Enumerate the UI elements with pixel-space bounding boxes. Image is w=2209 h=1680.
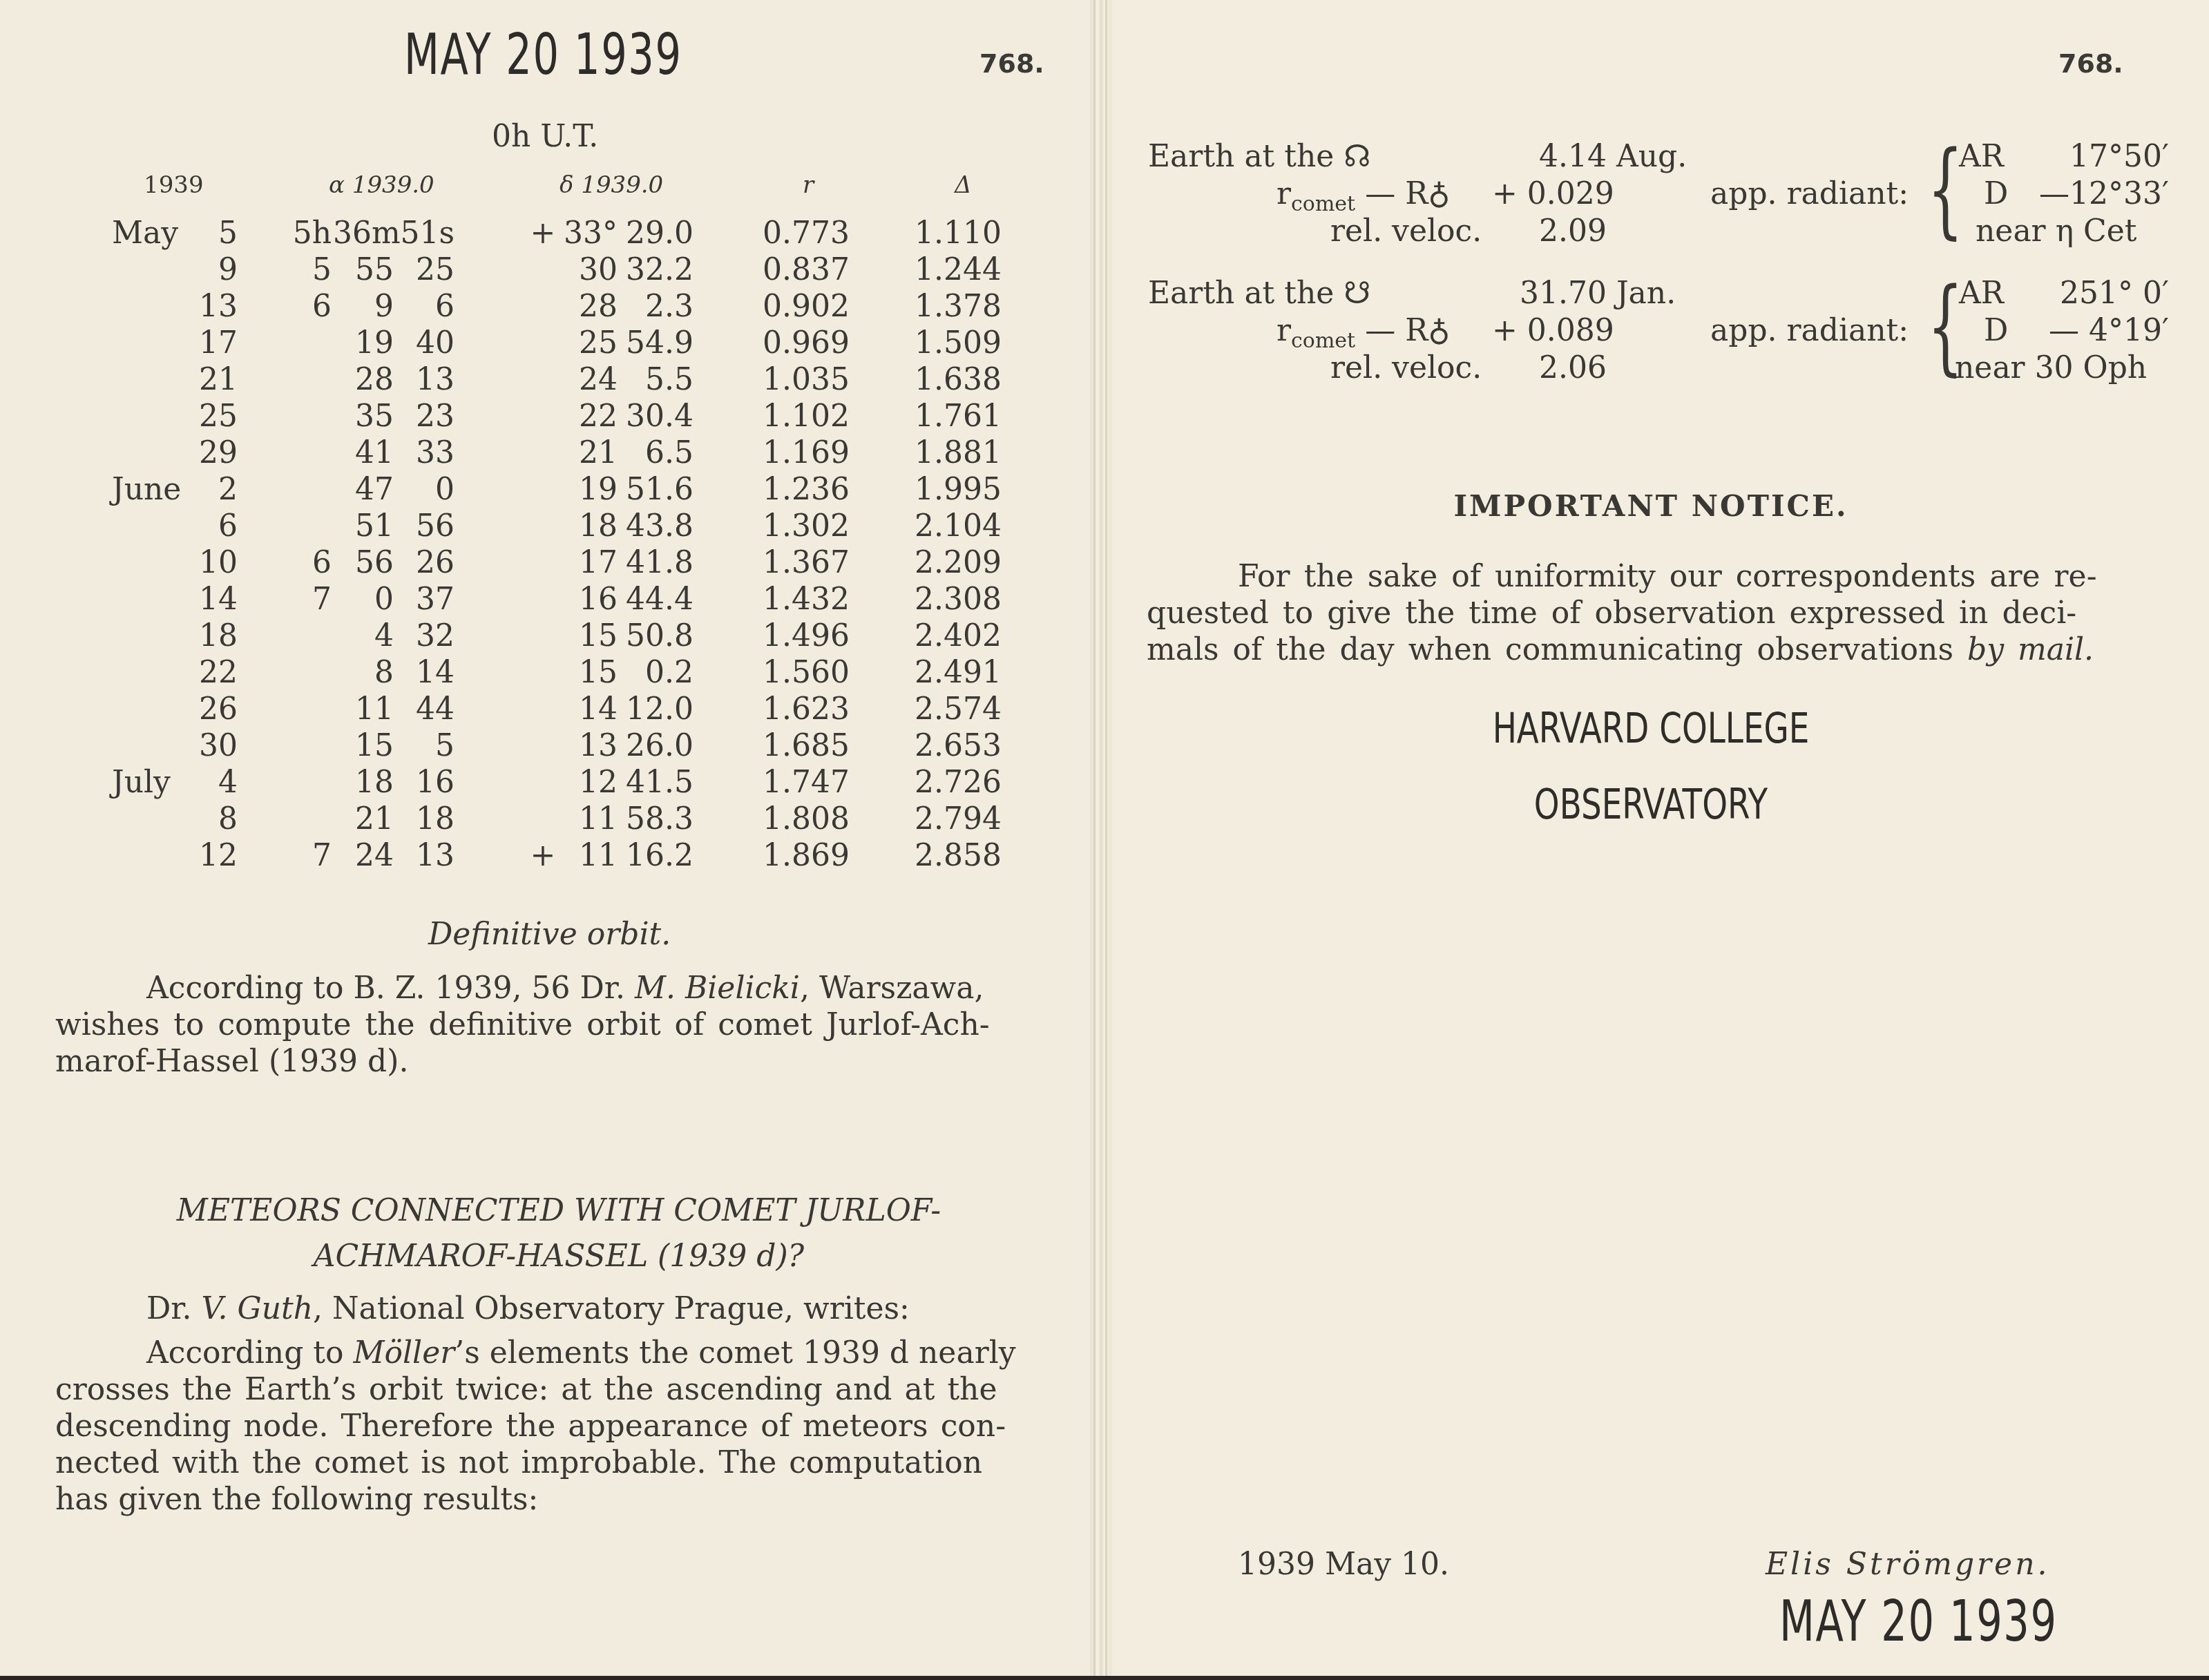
ra-minutes: 21: [333, 801, 394, 837]
column-header-delta: Δ: [955, 171, 972, 199]
ra-seconds: 14: [394, 655, 455, 690]
definitive-orbit-heading: Definitive orbit.: [428, 916, 671, 953]
ra-seconds: 13: [394, 362, 455, 397]
sun-distance: 1.035: [760, 362, 850, 397]
dec-minutes: 30.4: [618, 399, 694, 434]
ra-minutes: 56: [333, 545, 394, 580]
ra-hours: 6: [290, 289, 332, 324]
row-day: 18: [187, 618, 238, 653]
earth-distance: 2.574: [912, 691, 1002, 727]
radiant-label: app. radiant:: [1710, 175, 1909, 212]
dec-minutes: 29.0: [618, 216, 694, 251]
dec-minutes: 5.5: [618, 362, 694, 397]
paragraph-line: marof-Hassel (1939 d).: [55, 1043, 1060, 1080]
ra-minutes: 9: [333, 289, 394, 324]
dec-degrees: 13: [561, 728, 618, 763]
row-month: May: [112, 216, 178, 251]
column-header-ra: α 1939.0: [329, 171, 434, 199]
column-header-r: r: [803, 171, 814, 199]
row-day: 12: [187, 838, 238, 873]
radiant-near: near η Cet: [1976, 213, 2136, 249]
ra-minutes: 0: [333, 582, 394, 617]
earth-distance: 2.402: [912, 618, 1002, 653]
ra-minutes: 41: [333, 435, 394, 470]
dec-degrees: 30: [561, 252, 618, 287]
dec-minutes: 16.2: [618, 838, 694, 873]
dec-sign: +: [525, 216, 561, 251]
radiant-ar-label: AR: [1959, 138, 2004, 175]
row-day: 22: [187, 655, 238, 690]
radiant-ar-value: 251° 0′: [2045, 275, 2169, 312]
radiant-ar-label: AR: [1959, 275, 2004, 312]
ra-minutes: 55: [333, 252, 394, 287]
issue-date: 1939 May 10.: [1238, 1546, 1449, 1583]
dec-minutes: 41.5: [618, 765, 694, 800]
earth-distance: 1.378: [912, 289, 1002, 324]
ra-seconds: 25: [394, 252, 455, 287]
library-stamp-line2: OBSERVATORY: [1231, 781, 2072, 829]
ra-minutes: 19: [333, 325, 394, 361]
ra-seconds: 26: [394, 545, 455, 580]
ra-seconds: 23: [394, 399, 455, 434]
ra-minutes: 18: [333, 765, 394, 800]
brace-icon: {: [1927, 138, 1963, 242]
earth-distance: 2.726: [912, 765, 1002, 800]
row-day: 5: [187, 216, 238, 251]
paragraph-line: crosses the Earth’s orbit twice: at the …: [55, 1371, 1060, 1408]
author-name: M. Bielicki: [635, 971, 800, 1006]
dec-degrees: 15: [561, 655, 618, 690]
book-gutter: [1090, 0, 1112, 1680]
ra-seconds: 33: [394, 435, 455, 470]
earth-distance: 2.491: [912, 655, 1002, 690]
ra-seconds: 37: [394, 582, 455, 617]
sun-distance: 1.808: [760, 801, 850, 837]
ascending-node-symbol: ☊: [1343, 139, 1370, 174]
earth-distance: 1.881: [912, 435, 1002, 470]
sun-distance: 1.236: [760, 472, 850, 507]
paragraph-line: According to Möller’s elements the comet…: [55, 1335, 1060, 1371]
sun-distance: 1.432: [760, 582, 850, 617]
dec-degrees: 17: [561, 545, 618, 580]
r-difference-value: + 0.029: [1492, 175, 1614, 212]
dec-minutes: 51.6: [618, 472, 694, 507]
ra-seconds: 0: [394, 472, 455, 507]
ra-seconds: 56: [394, 508, 455, 544]
dec-degrees: 14: [561, 691, 618, 727]
paragraph-line: For the sake of uniformity our correspon…: [1147, 558, 2155, 595]
right-page: [1112, 0, 2209, 1680]
node-label: Earth at the ☋: [1148, 275, 1370, 312]
radiant-label: app. radiant:: [1710, 312, 1909, 349]
radiant-d-label: D: [1984, 175, 2008, 212]
sun-distance: 0.902: [760, 289, 850, 324]
earth-distance: 2.308: [912, 582, 1002, 617]
dec-minutes: 54.9: [618, 325, 694, 361]
dec-minutes: 50.8: [618, 618, 694, 653]
earth-distance: 2.104: [912, 508, 1002, 544]
paragraph-line: nected with the comet is not improbable.…: [55, 1444, 1060, 1481]
descending-node-symbol: ☋: [1343, 276, 1370, 311]
dec-degrees: 11: [561, 838, 618, 873]
dec-degrees: 15: [561, 618, 618, 653]
row-day: 14: [187, 582, 238, 617]
earth-distance: 1.509: [912, 325, 1002, 361]
velocity-label: rel. veloc.: [1330, 350, 1482, 386]
dec-minutes: 12.0: [618, 691, 694, 727]
ra-minutes: 28: [333, 362, 394, 397]
dec-degrees: 22: [561, 399, 618, 434]
page-number: 768.: [2058, 48, 2123, 79]
node-label: Earth at the ☊: [1148, 138, 1370, 175]
column-header-dec: δ 1939.0: [560, 171, 663, 199]
sun-distance: 0.837: [760, 252, 850, 287]
row-day: 4: [187, 765, 238, 800]
dec-minutes: 26.0: [618, 728, 694, 763]
ra-seconds: 40: [394, 325, 455, 361]
row-day: 10: [187, 545, 238, 580]
radiant-d-value: — 4°19′: [2024, 312, 2169, 349]
row-day: 9: [187, 252, 238, 287]
dec-degrees: 25: [561, 325, 618, 361]
radiant-near: near 30 Oph: [1955, 350, 2147, 386]
row-day: 30: [187, 728, 238, 763]
ra-hours: 5h: [290, 216, 332, 251]
ra-minutes: 8: [333, 655, 394, 690]
ra-seconds: 13: [394, 838, 455, 873]
paragraph-line: has given the following results:: [55, 1481, 1060, 1518]
sun-distance: 1.747: [760, 765, 850, 800]
column-header-year: 1939: [144, 171, 204, 199]
velocity-value: 2.06: [1539, 350, 1607, 386]
dec-minutes: 43.8: [618, 508, 694, 544]
sun-distance: 1.102: [760, 399, 850, 434]
ra-minutes: 15: [333, 728, 394, 763]
meteors-heading: METEORS CONNECTED WITH COMET JURLOF- ACH…: [0, 1188, 1118, 1279]
dec-degrees: 18: [561, 508, 618, 544]
sun-distance: 1.869: [760, 838, 850, 873]
row-day: 2: [187, 472, 238, 507]
dec-degrees: 12: [561, 765, 618, 800]
r-difference-value: + 0.089: [1492, 312, 1614, 349]
page-number: 768.: [979, 48, 1044, 79]
row-month: July: [112, 765, 171, 800]
row-day: 6: [187, 508, 238, 544]
row-day: 29: [187, 435, 238, 470]
author-name: V. Guth: [201, 1291, 313, 1326]
earth-distance: 2.858: [912, 838, 1002, 873]
radiant-d-label: D: [1984, 312, 2008, 349]
ra-seconds: 16: [394, 765, 455, 800]
dec-degrees: 11: [561, 801, 618, 837]
ra-seconds: 6: [394, 289, 455, 324]
earth-distance: 1.995: [912, 472, 1002, 507]
page-bottom-edge: [0, 1676, 2209, 1680]
earth-distance: 1.244: [912, 252, 1002, 287]
row-day: 13: [187, 289, 238, 324]
ra-hours: 7: [290, 838, 332, 873]
row-day: 17: [187, 325, 238, 361]
meteors-byline: Dr. V. Guth, National Observatory Prague…: [146, 1290, 910, 1327]
dec-degrees: 21: [561, 435, 618, 470]
row-day: 25: [187, 399, 238, 434]
row-day: 8: [187, 801, 238, 837]
earth-distance: 2.653: [912, 728, 1002, 763]
signature: Elis Strömgren.: [1766, 1546, 2049, 1583]
sun-distance: 1.367: [760, 545, 850, 580]
definitive-orbit-paragraph: According to B. Z. 1939, 56 Dr. M. Bieli…: [55, 970, 1060, 1080]
ra-seconds: 5: [394, 728, 455, 763]
ra-hours: 5: [290, 252, 332, 287]
ra-seconds: 44: [394, 691, 455, 727]
ephemeris-time-basis: 0h U.T.: [492, 119, 598, 154]
paragraph-line: wishes to compute the definitive orbit o…: [55, 1006, 1060, 1043]
ra-minutes: 36m: [333, 216, 394, 251]
radiant-ar-value: 17°50′: [2065, 138, 2169, 175]
dec-minutes: 6.5: [618, 435, 694, 470]
earth-distance: 1.110: [912, 216, 1002, 251]
ra-hours: 7: [290, 582, 332, 617]
sun-distance: 1.496: [760, 618, 850, 653]
sun-distance: 1.302: [760, 508, 850, 544]
row-day: 26: [187, 691, 238, 727]
earth-distance: 1.761: [912, 399, 1002, 434]
dec-minutes: 44.4: [618, 582, 694, 617]
ra-minutes: 11: [333, 691, 394, 727]
ra-minutes: 47: [333, 472, 394, 507]
sun-distance: 0.969: [760, 325, 850, 361]
velocity-value: 2.09: [1539, 213, 1607, 249]
left-page: MAY 20 1939 768. 0h U.T. 1939 α 1939.0 δ…: [0, 0, 1090, 1680]
ra-hours: 6: [290, 545, 332, 580]
earth-distance: 2.794: [912, 801, 1002, 837]
earth-distance: 1.638: [912, 362, 1002, 397]
sun-distance: 0.773: [760, 216, 850, 251]
row-month: June: [112, 472, 181, 507]
dec-degrees: 16: [561, 582, 618, 617]
paragraph-line: According to B. Z. 1939, 56 Dr. M. Bieli…: [55, 970, 1060, 1006]
node-date: 31.70 Jan.: [1520, 275, 1676, 312]
sun-distance: 1.560: [760, 655, 850, 690]
node-date: 4.14 Aug.: [1539, 138, 1687, 175]
sun-distance: 1.685: [760, 728, 850, 763]
received-date-stamp: MAY 20 1939: [1779, 1589, 2058, 1654]
dec-sign: +: [525, 838, 561, 873]
sun-distance: 1.623: [760, 691, 850, 727]
row-day: 21: [187, 362, 238, 397]
dec-minutes: 2.3: [618, 289, 694, 324]
ra-seconds: 32: [394, 618, 455, 653]
paragraph-line: descending node. Therefore the appearanc…: [55, 1408, 1060, 1444]
sun-distance: 1.169: [760, 435, 850, 470]
ra-minutes: 24: [333, 838, 394, 873]
notice-paragraph: For the sake of uniformity our correspon…: [1147, 558, 2155, 668]
dec-degrees: 19: [561, 472, 618, 507]
meteors-paragraph: According to Möller’s elements the comet…: [55, 1335, 1060, 1518]
dec-minutes: 58.3: [618, 801, 694, 837]
library-stamp-line1: HARVARD COLLEGE: [1231, 705, 2072, 753]
ra-minutes: 51: [333, 508, 394, 544]
ra-minutes: 4: [333, 618, 394, 653]
ra-minutes: 35: [333, 399, 394, 434]
dec-degrees: 24: [561, 362, 618, 397]
dec-minutes: 41.8: [618, 545, 694, 580]
received-date-stamp: MAY 20 1939: [404, 22, 682, 88]
dec-degrees: 33°: [561, 216, 618, 251]
dec-minutes: 32.2: [618, 252, 694, 287]
notice-title: IMPORTANT NOTICE.: [1112, 489, 2190, 523]
dec-minutes: 0.2: [618, 655, 694, 690]
dec-degrees: 28: [561, 289, 618, 324]
paragraph-line: quested to give the time of observation …: [1147, 595, 2155, 631]
ra-seconds: 18: [394, 801, 455, 837]
paragraph-line: mals of the day when communicating obser…: [1147, 631, 2155, 668]
velocity-label: rel. veloc.: [1330, 213, 1482, 249]
radiant-d-value: —12°33′: [2024, 175, 2169, 212]
earth-distance: 2.209: [912, 545, 1002, 580]
ra-seconds: 51s: [394, 216, 455, 251]
